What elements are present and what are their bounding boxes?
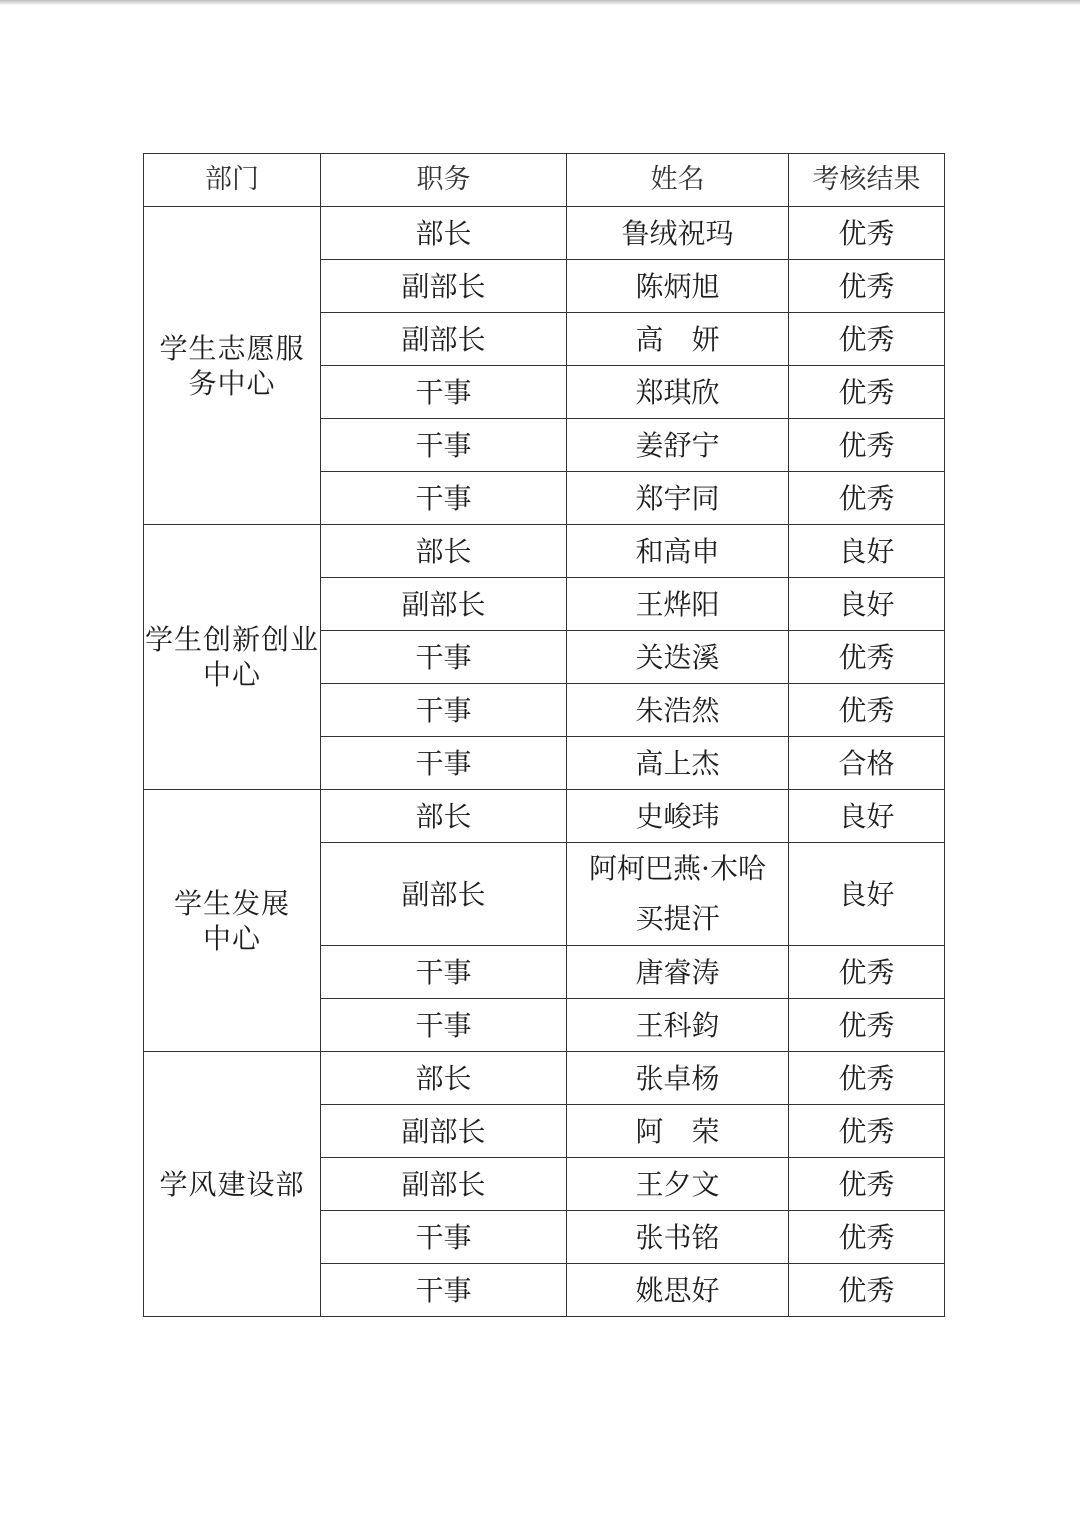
name-cell: 郑琪欣 bbox=[567, 366, 789, 419]
name-cell: 阿柯巴燕·木哈买提汗 bbox=[567, 843, 789, 946]
name-cell: 高上杰 bbox=[567, 737, 789, 790]
name-cell: 张卓杨 bbox=[567, 1052, 789, 1105]
position-cell: 副部长 bbox=[321, 843, 567, 946]
name-cell: 和高申 bbox=[567, 525, 789, 578]
result-cell: 优秀 bbox=[789, 366, 945, 419]
department-cell: 学生志愿服务中心 bbox=[144, 207, 321, 525]
header-department: 部门 bbox=[144, 154, 321, 207]
position-cell: 部长 bbox=[321, 525, 567, 578]
result-cell: 优秀 bbox=[789, 1264, 945, 1317]
name-cell: 张书铭 bbox=[567, 1211, 789, 1264]
position-cell: 副部长 bbox=[321, 260, 567, 313]
position-cell: 干事 bbox=[321, 684, 567, 737]
name-cell: 王夕文 bbox=[567, 1158, 789, 1211]
result-cell: 良好 bbox=[789, 525, 945, 578]
name-cell: 关迭溪 bbox=[567, 631, 789, 684]
result-cell: 优秀 bbox=[789, 1158, 945, 1211]
position-cell: 部长 bbox=[321, 1052, 567, 1105]
result-cell: 良好 bbox=[789, 790, 945, 843]
position-cell: 干事 bbox=[321, 366, 567, 419]
table-row: 学生发展中心 部长 史峻玮 良好 bbox=[144, 790, 945, 843]
header-result: 考核结果 bbox=[789, 154, 945, 207]
assessment-table: 部门 职务 姓名 考核结果 学生志愿服务中心 部长 鲁绒祝玛 优秀 副部长 陈炳… bbox=[143, 153, 945, 1317]
result-cell: 优秀 bbox=[789, 313, 945, 366]
result-cell: 优秀 bbox=[789, 999, 945, 1052]
result-cell: 良好 bbox=[789, 578, 945, 631]
name-cell: 朱浩然 bbox=[567, 684, 789, 737]
result-cell: 优秀 bbox=[789, 631, 945, 684]
name-cell: 鲁绒祝玛 bbox=[567, 207, 789, 260]
position-cell: 干事 bbox=[321, 419, 567, 472]
name-cell: 陈炳旭 bbox=[567, 260, 789, 313]
position-cell: 干事 bbox=[321, 472, 567, 525]
header-position: 职务 bbox=[321, 154, 567, 207]
department-cell: 学生发展中心 bbox=[144, 790, 321, 1052]
position-cell: 干事 bbox=[321, 631, 567, 684]
header-name: 姓名 bbox=[567, 154, 789, 207]
position-cell: 干事 bbox=[321, 999, 567, 1052]
result-cell: 优秀 bbox=[789, 684, 945, 737]
name-cell: 阿 荣 bbox=[567, 1105, 789, 1158]
position-cell: 部长 bbox=[321, 207, 567, 260]
name-cell: 史峻玮 bbox=[567, 790, 789, 843]
header-row: 部门 职务 姓名 考核结果 bbox=[144, 154, 945, 207]
position-cell: 干事 bbox=[321, 1264, 567, 1317]
result-cell: 良好 bbox=[789, 843, 945, 946]
scan-edge-shadow bbox=[0, 0, 1080, 5]
result-cell: 优秀 bbox=[789, 419, 945, 472]
position-cell: 干事 bbox=[321, 737, 567, 790]
position-cell: 干事 bbox=[321, 946, 567, 999]
department-cell: 学风建设部 bbox=[144, 1052, 321, 1317]
name-cell: 王烨阳 bbox=[567, 578, 789, 631]
result-cell: 优秀 bbox=[789, 472, 945, 525]
name-cell: 高 妍 bbox=[567, 313, 789, 366]
name-cell: 唐睿涛 bbox=[567, 946, 789, 999]
position-cell: 干事 bbox=[321, 1211, 567, 1264]
result-cell: 合格 bbox=[789, 737, 945, 790]
position-cell: 副部长 bbox=[321, 1158, 567, 1211]
position-cell: 部长 bbox=[321, 790, 567, 843]
result-cell: 优秀 bbox=[789, 1105, 945, 1158]
table-row: 学生创新创业中心 部长 和高申 良好 bbox=[144, 525, 945, 578]
position-cell: 副部长 bbox=[321, 578, 567, 631]
table-row: 学风建设部 部长 张卓杨 优秀 bbox=[144, 1052, 945, 1105]
name-cell: 郑宇同 bbox=[567, 472, 789, 525]
department-cell: 学生创新创业中心 bbox=[144, 525, 321, 790]
position-cell: 副部长 bbox=[321, 1105, 567, 1158]
result-cell: 优秀 bbox=[789, 1211, 945, 1264]
position-cell: 副部长 bbox=[321, 313, 567, 366]
table-row: 学生志愿服务中心 部长 鲁绒祝玛 优秀 bbox=[144, 207, 945, 260]
name-cell: 姚思好 bbox=[567, 1264, 789, 1317]
result-cell: 优秀 bbox=[789, 946, 945, 999]
name-cell: 王科鈞 bbox=[567, 999, 789, 1052]
name-cell: 姜舒宁 bbox=[567, 419, 789, 472]
result-cell: 优秀 bbox=[789, 260, 945, 313]
result-cell: 优秀 bbox=[789, 1052, 945, 1105]
result-cell: 优秀 bbox=[789, 207, 945, 260]
